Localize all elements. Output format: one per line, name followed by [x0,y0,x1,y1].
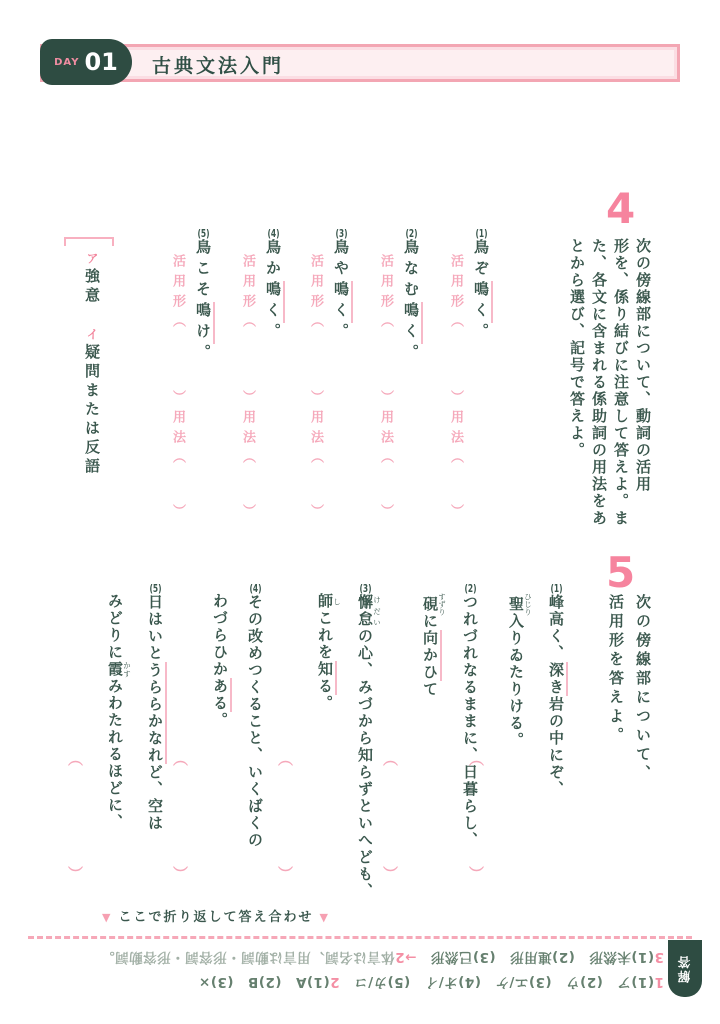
paren-close: ） [171,866,189,881]
q5-sentence: (5)日はいとうららかなれど、空はみどりに霞かすみわたれるほどに、 [91,583,166,923]
worksheet-page: DAY 01 古典文法入門 4 次の傍線部について、動詞の活用形を、係り結びに注… [0,0,720,1024]
q5-item-5: （）(5)日はいとうららかなれど、空はみどりに霞かすみわたれるほどに、 [65,583,166,923]
q4-item-4: 活用形（）用法（）(4)鳥か鳴く。 [238,228,284,554]
katsuyokei-label: 活用形（ [448,254,463,334]
text-segment: みどりに [106,593,124,661]
katsuyokei-label: 活用形（ [170,254,185,334]
ruby-text: 懈怠けだい [356,594,374,628]
item-number: (3) [359,583,372,594]
ruby-text: 師し [316,593,334,610]
answer-blank-labels: 活用形（）用法（） [238,254,257,554]
answer-text: (1)A (2)B (3)× [198,974,329,990]
underlined-text: 鳴く [402,302,423,344]
sentence-column: みどりに霞かすみわたれるほどに、 [105,583,131,923]
answer-row-2: 3(1)未然形 (2)連用形 (3)已然形 →2体言は名詞、用言は動詞・形容詞・… [101,949,664,969]
item-number: (2) [464,583,477,594]
answer-text: (1)ア (2)ウ (3)エ/ケ (4)オ/イ (5)カ/コ [340,974,654,990]
item-number: (4) [249,583,262,594]
q5-sentence: (2)つれづれなるままに、日暮らし、硯すずりに向かひて [406,583,481,923]
underlined-text: ある [211,678,232,712]
prompt-line: た、各文に含まれる係助詞の用法をあ [591,238,606,543]
item-number: (4) [267,228,280,239]
answer-question-number: 1 [654,974,664,990]
question-4-options: ア強意イ疑問または反語 [82,252,103,497]
sentence-column: (2)つれづれなるままに、日暮らし、 [460,583,481,923]
answer-tab: 解答 [668,940,702,997]
answer-text: 体言は名詞、用言は動詞・形容詞・形容動詞。 [101,949,395,965]
item-number: (2) [405,228,418,239]
ruby-text: 霞かす [106,661,124,678]
option-key: イ [85,328,99,344]
underlined-text: 鳴く [472,281,493,323]
answer-blank-labels: 活用形（）用法（） [446,254,465,554]
q5-sentence: (4)その改めつくること、いくばくのわづらひかある。 [196,583,266,923]
q5-item-2: （）(2)つれづれなるままに、日暮らし、硯すずりに向かひて [380,583,481,923]
text-segment: わづらひか [211,593,229,678]
prompt-line: 活用形を答えよ。 [608,594,623,809]
text-segment: 入りゐたりける。 [507,613,525,749]
text-segment: 日はいと [146,594,164,662]
paren-open: （ [276,751,294,766]
katsuyokei-label: 活用形（ [240,254,255,334]
sentence-column: わづらひかある。 [210,583,231,923]
sentence-column: (1)鳥ぞ鳴く。 [471,228,492,528]
text-segment: 。 [316,695,334,712]
text-segment: 。 [211,712,229,729]
q5-item-4: （）(4)その改めつくること、いくばくのわづらひかある。 [170,583,266,923]
q5-sentence: (3)懈怠けだいの心、みづから知らずといへども、師しこれを知る。 [301,583,381,923]
q4-item-2: 活用形（）用法（）(2)鳥なむ鳴く。 [376,228,422,554]
answer-paren-blank: （） [275,751,296,911]
fold-instruction: ▼ここで折り返して答え合わせ▼ [96,906,336,925]
fold-arrow-icon: ▼ [319,911,329,924]
sentence-column: (5)鳥こそ鳴け。 [193,228,214,528]
day-number: 01 [84,48,117,76]
text-segment: これを [316,610,334,661]
text-segment: 。 [194,344,212,365]
yoho-label: 用法（ [308,410,323,470]
answer-blank-close: ） [240,390,255,410]
sentence-column: (4)その改めつくること、いくばくの [245,583,266,923]
q4-sentence: (1)鳥ぞ鳴く。 [471,228,492,528]
text-segment: みわたれるほどに、 [106,678,124,831]
fold-dashed-line [28,936,692,939]
answer-question-number: 3 [654,949,664,965]
text-segment: 。 [402,344,420,365]
sentence-column: (3)懈怠けだいの心、みづから知らずといへども、 [355,583,381,923]
day-label: DAY [54,57,79,68]
answer-blank-close: ） [378,504,393,524]
prompt-line: 次の傍線部について、動詞の活用 [635,238,650,543]
yoho-label: 用法（ [240,410,255,470]
text-segment: に [421,613,439,630]
question-4-prompt: 次の傍線部について、動詞の活用形を、係り結びに注意して答えよ。また、各文に含まれ… [562,238,650,543]
text-segment: 鳥か [264,239,282,281]
yoho-label: 用法（ [170,410,185,470]
ruby-text: 聖ひじり [507,593,525,613]
text-segment: 。 [472,323,490,344]
header-title-box [40,44,680,82]
answer-paren-blank: （） [170,751,191,911]
text-segment: 。 [332,323,350,344]
underlined-text: 知る [316,661,337,695]
page-title: 古典文法入門 [152,51,284,78]
question-4-number: 4 [606,188,635,230]
q5-sentence: (1)峰高く、深き岩の中にぞ、聖ひじり入りゐたりける。 [492,583,567,923]
text-segment: て [421,681,439,698]
day-badge: DAY 01 [40,39,132,85]
sentence-column: 師しこれを知る。 [315,583,341,923]
answer-paren-blank: （） [65,751,86,911]
item-number: (3) [335,228,348,239]
underlined-text: 鳴く [332,281,353,323]
prompt-line: とから選び、記号で答えよ。 [569,238,584,543]
option-key: ア [85,252,99,268]
answer-tab-label: 解答 [676,954,694,983]
item-number: (1) [475,228,488,239]
answer-blank-close: ） [240,504,255,524]
paren-open: （ [381,751,399,766]
underlined-text: 向かひ [421,630,442,681]
sentence-column: (5)日はいとうららかなれど、空は [145,583,166,923]
answer-question-number: 2 [330,974,340,990]
prompt-line: 次の傍線部について、 [635,594,650,809]
sentence-column: 硯すずりに向かひて [420,583,446,923]
underlined-text: うららかなれ [146,662,167,764]
underlined-text: 鳴く [264,281,285,323]
answer-text: (1)未然形 (2)連用形 (3)已然形 [416,949,654,965]
katsuyokei-label: 活用形（ [378,254,393,334]
answer-blank-close: ） [308,390,323,410]
item-number: (5) [197,228,210,239]
options-bracket-icon [64,237,114,246]
answer-row-1: 1(1)ア (2)ウ (3)エ/ケ (4)オ/イ (5)カ/コ 2(1)A (2… [198,974,664,994]
sentence-column: (3)鳥や鳴く。 [331,228,352,528]
question-5-prompt: 次の傍線部について、活用形を答えよ。 [596,594,650,809]
fold-arrow-icon: ▼ [102,911,112,924]
text-segment: その改めつくること、いくばくの [246,594,264,849]
text-segment: ど、空は [146,764,164,832]
q4-item-5: 活用形（）用法（）(5)鳥こそ鳴け。 [168,228,214,554]
underlined-text: 鳴け [194,302,215,344]
q4-sentence: (3)鳥や鳴く。 [331,228,352,528]
q4-item-1: 活用形（）用法（）(1)鳥ぞ鳴く。 [446,228,492,554]
q5-item-1: （）(1)峰高く、深き岩の中にぞ、聖ひじり入りゐたりける。 [466,583,567,923]
fold-instruction-text: ここで折り返して答え合わせ [118,910,313,925]
answer-blank-close: ） [448,390,463,410]
answer-strip: 1(1)ア (2)ウ (3)エ/ケ (4)オ/イ (5)カ/コ 2(1)A (2… [28,946,664,994]
paren-close: ） [381,866,399,881]
text-segment: 鳥ぞ [472,239,490,281]
paren-close: ） [276,866,294,881]
answer-blank-close: ） [170,390,185,410]
text-segment: 鳥こそ [194,239,212,302]
sentence-column: (2)鳥なむ鳴く。 [401,228,422,528]
q4-sentence: (5)鳥こそ鳴け。 [193,228,214,528]
option-label: 強意 [83,268,101,306]
item-number: (1) [550,583,563,594]
answer-question-number: →2 [395,949,417,965]
answer-blank-close: ） [170,504,185,524]
answer-paren-blank: （） [380,751,401,911]
sentence-column: 聖ひじり入りゐたりける。 [506,583,532,923]
paren-close: ） [66,866,84,881]
text-segment: 鳥や [332,239,350,281]
text-segment: 峰高く、 [547,594,565,662]
ruby-text: 硯すずり [421,593,439,613]
answer-blank-labels: 活用形（）用法（） [306,254,325,554]
text-segment: つれづれなるままに、日暮らし、 [461,594,479,849]
q4-sentence: (4)鳥か鳴く。 [263,228,284,528]
answer-blank-close: ） [448,504,463,524]
underlined-text: 深き [547,662,568,696]
q4-sentence: (2)鳥なむ鳴く。 [401,228,422,528]
q4-item-3: 活用形（）用法（）(3)鳥や鳴く。 [306,228,352,554]
paren-open: （ [171,751,189,766]
option-label: 疑問または反語 [83,344,101,477]
answer-blank-close: ） [308,504,323,524]
item-number: (5) [149,583,162,594]
sentence-column: (4)鳥か鳴く。 [263,228,284,528]
katsuyokei-label: 活用形（ [308,254,323,334]
q5-item-3: （）(3)懈怠けだいの心、みづから知らずといへども、師しこれを知る。 [275,583,381,923]
yoho-label: 用法（ [378,410,393,470]
answer-blank-close: ） [378,390,393,410]
text-segment: 鳥なむ [402,239,420,302]
answer-blank-labels: 活用形（）用法（） [168,254,187,554]
prompt-line: 形を、係り結びに注意して答えよ。ま [613,238,628,543]
text-segment: 。 [264,323,282,344]
question-5-number: 5 [606,552,635,594]
paren-open: （ [66,751,84,766]
text-segment: 岩の中にぞ、 [547,696,565,798]
yoho-label: 用法（ [448,410,463,470]
text-segment: の心、みづから知らずといへども、 [356,628,374,900]
sentence-column: (1)峰高く、深き岩の中にぞ、 [546,583,567,923]
answer-blank-labels: 活用形（）用法（） [376,254,395,554]
